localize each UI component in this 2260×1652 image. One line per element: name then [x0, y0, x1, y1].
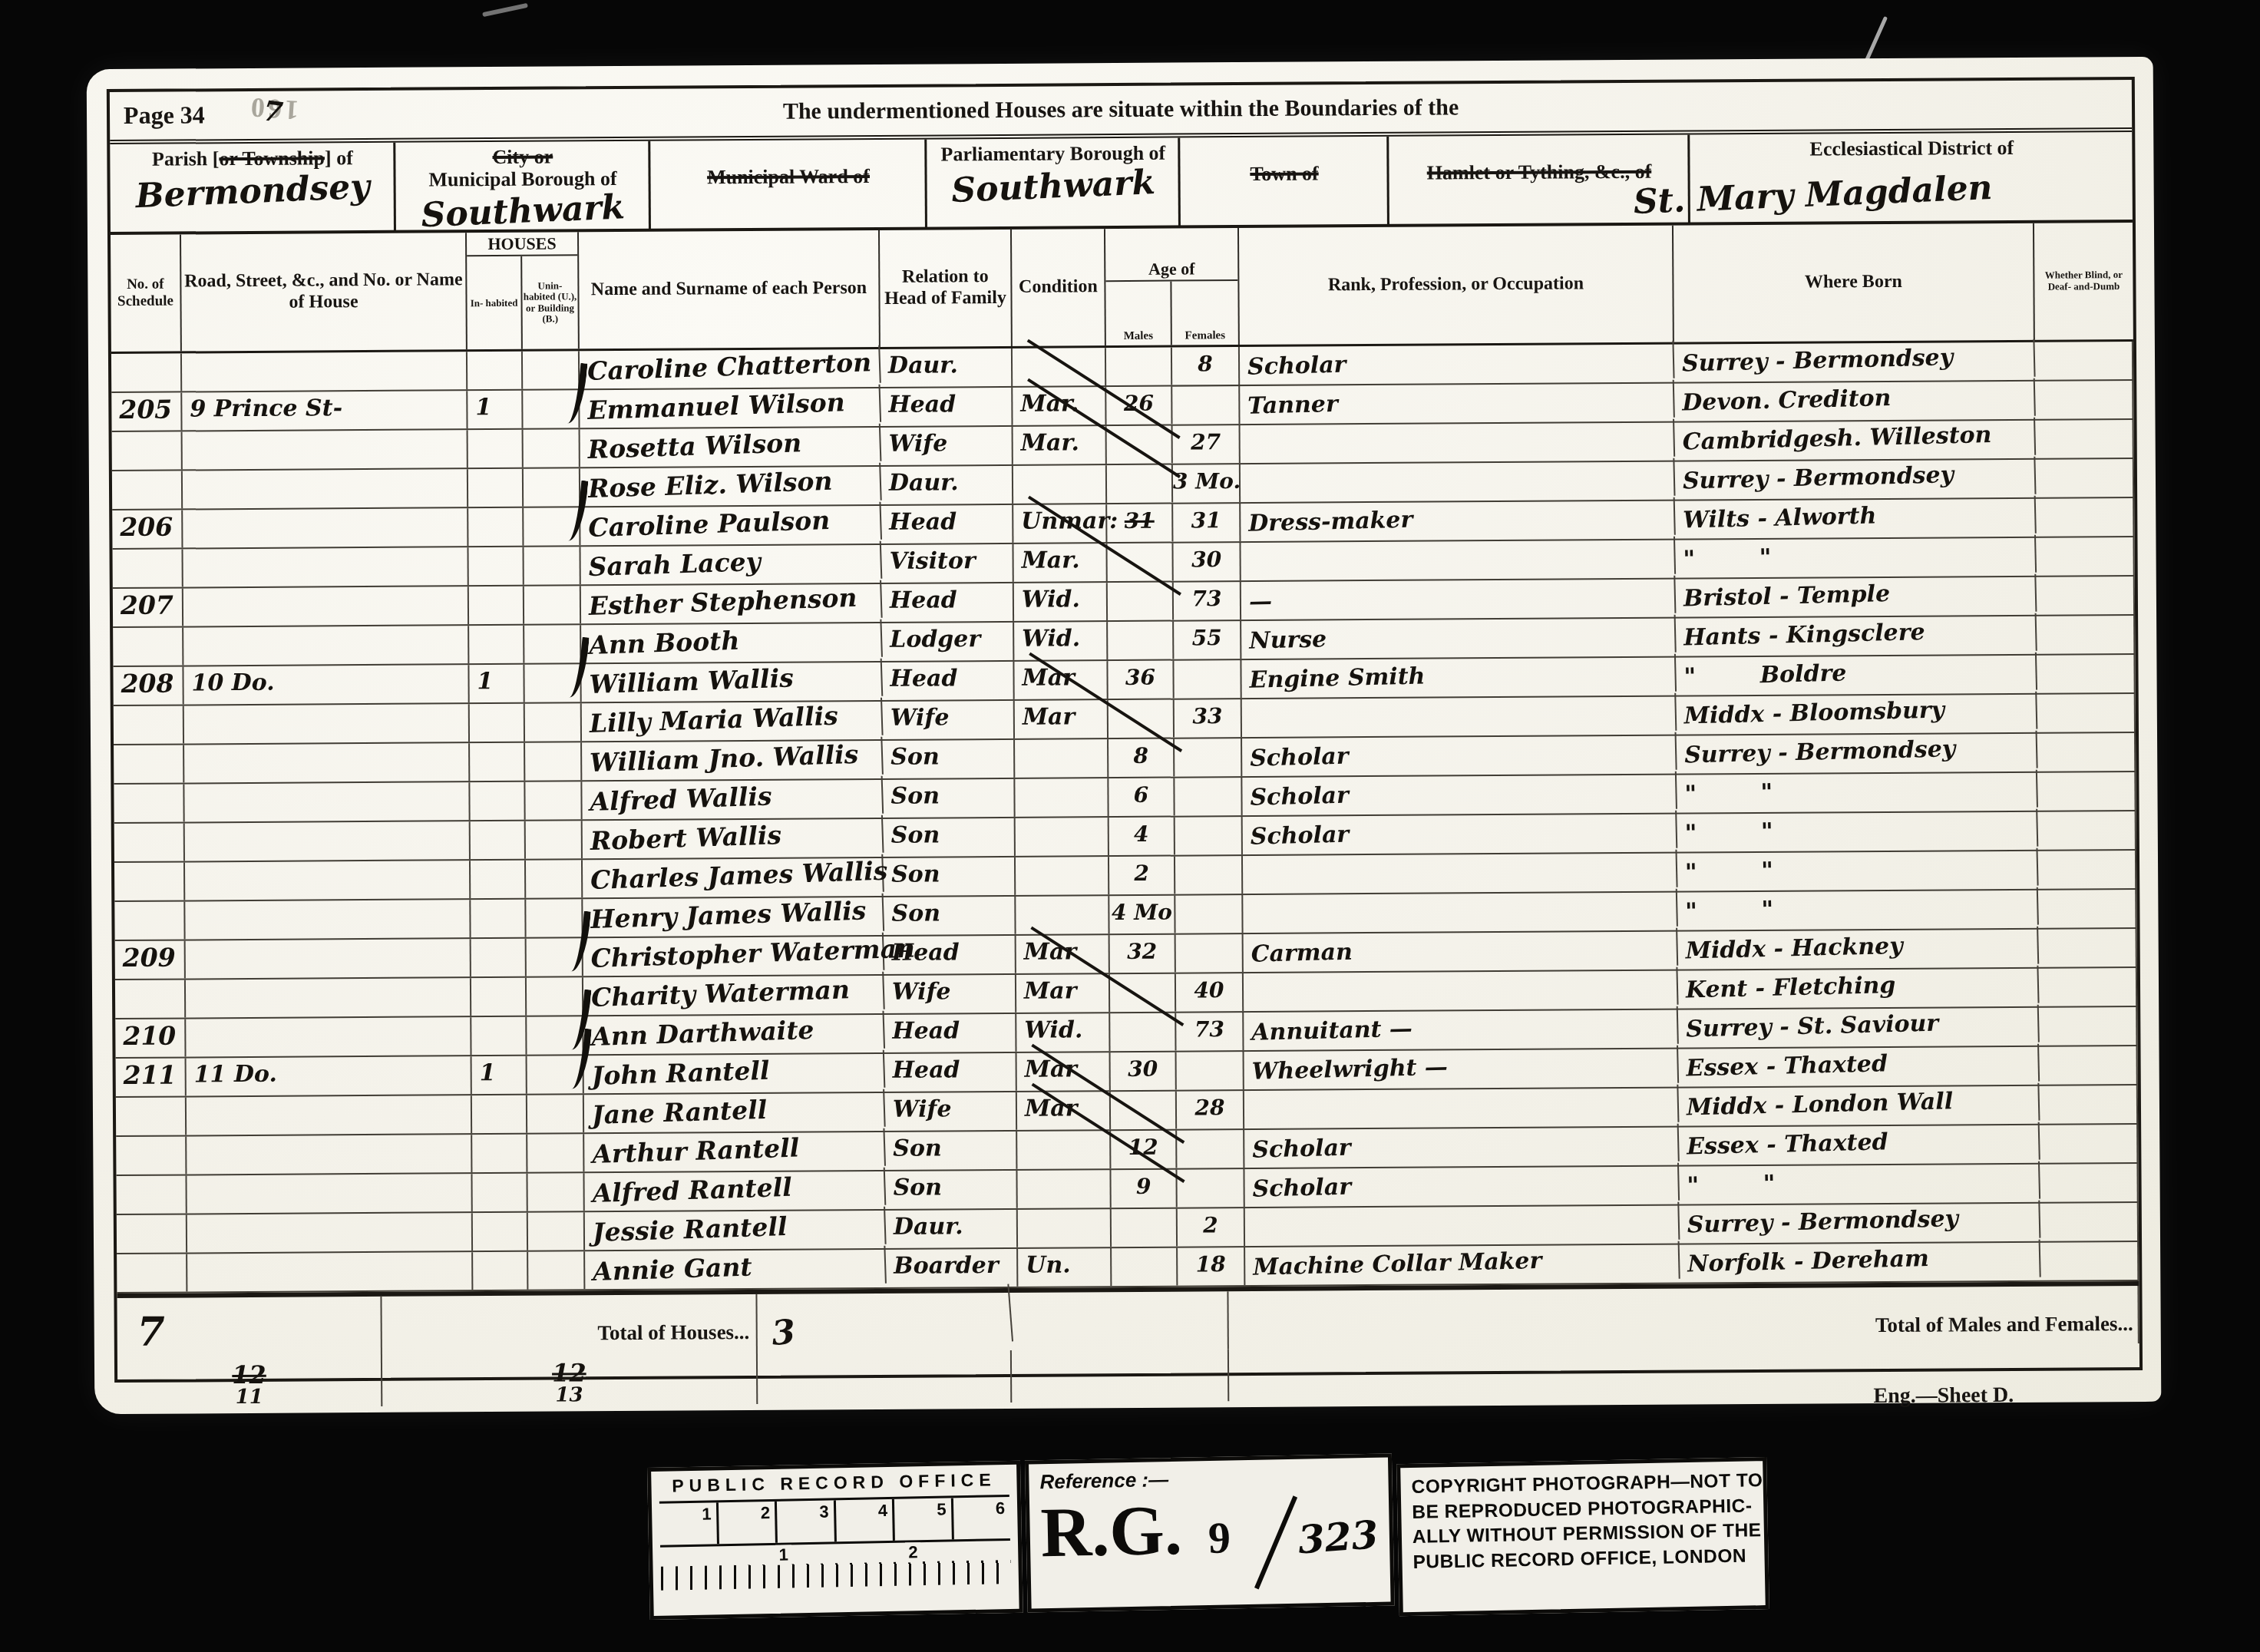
schedule-number [112, 549, 183, 587]
relation-to-head: Wife [883, 701, 1015, 739]
blind-deaf-column [2037, 577, 2135, 615]
total-females-value: 12 13 [382, 1352, 758, 1406]
age-male: 6 [1109, 778, 1175, 817]
col-name: Name and Surname of each Person [579, 230, 881, 349]
houses-inhabited [471, 900, 526, 937]
municipal-ward-label: Municipal Ward of [658, 144, 918, 190]
where-born: Middx - Bloomsbury [1676, 692, 2037, 738]
schedule-number [112, 471, 183, 509]
age-female: 30 [1173, 543, 1241, 581]
age-male [1112, 1209, 1178, 1247]
age-male: 2 [1109, 857, 1175, 895]
header-field-municipal-borough: City or Municipal Borough of Southwark [395, 141, 651, 232]
where-born: " " [1677, 887, 2039, 933]
age-male: 36 [1108, 661, 1174, 699]
condition: Mar. [1013, 426, 1107, 464]
houses-uninhabited [528, 1251, 585, 1289]
road-street [183, 626, 469, 665]
col-road: Road, Street, &c., and No. or Name of Ho… [181, 233, 468, 351]
parliamentary-borough-value: Southwark [934, 162, 1173, 211]
condition [1017, 1131, 1111, 1169]
age-female: 3 Mo. [1173, 464, 1241, 503]
condition [1017, 1170, 1111, 1208]
blind-deaf-column [2036, 498, 2134, 537]
where-born: Essex - Thaxted [1679, 1122, 2040, 1168]
relation-to-head: Wife [885, 1092, 1017, 1131]
road-street [186, 978, 471, 1017]
printed-frame: Page 34 7 The undermentioned Houses are … [107, 77, 2143, 1383]
parliamentary-borough-label: Parliamentary Borough of [934, 143, 1171, 166]
district-header-row: Parish [or Township] of Bermondsey City … [110, 132, 2133, 235]
blind-deaf-column [2040, 1203, 2139, 1241]
page-number: Page 34 [124, 101, 205, 130]
col-blind: Whether Blind, or Deaf- and-Dumb [2034, 223, 2133, 340]
age-female: 2 [1178, 1208, 1245, 1247]
blind-deaf-column [2036, 420, 2134, 458]
blind-deaf-column [2037, 616, 2135, 654]
town-label: Town of [1188, 141, 1380, 186]
houses-uninhabited [524, 429, 580, 467]
houses-inhabited [470, 782, 525, 820]
road-street [187, 1213, 473, 1252]
age-female: 40 [1176, 973, 1244, 1012]
page-title: The undermentioned Houses are situate wi… [783, 94, 1459, 124]
schedule-number: 210 [115, 1019, 186, 1057]
schedule-number: 211 [116, 1058, 187, 1096]
road-street [186, 1017, 471, 1056]
schedule-number [114, 705, 184, 744]
schedule-number: 208 [113, 666, 183, 705]
header-field-town: Town of [1180, 137, 1389, 227]
age-male [1110, 1013, 1176, 1052]
road-street [185, 900, 471, 939]
relation-to-head: Wife [881, 427, 1013, 465]
schedule-number: 209 [115, 940, 186, 979]
inch-number: 2 [905, 1542, 921, 1562]
age-female [1175, 738, 1242, 777]
age-female: 8 [1172, 347, 1240, 385]
condition: Mar [1015, 700, 1109, 738]
blind-deaf-column [2037, 694, 2136, 732]
schedule-number [114, 901, 185, 940]
road-street [187, 1095, 472, 1135]
where-born: Norfolk - Dereham [1680, 1240, 2041, 1286]
blind-deaf-column [2039, 929, 2137, 967]
relation-to-head: Visitor [881, 544, 1013, 583]
relation-to-head: Son [883, 740, 1015, 778]
schedule-number [116, 1136, 187, 1175]
houses-inhabited [471, 861, 526, 898]
col-condition: Condition [1012, 229, 1106, 346]
copyright-box: COPYRIGHT PHOTOGRAPH—NOT TO BE REPRODUCE… [1396, 1457, 1769, 1616]
houses-inhabited [471, 1017, 527, 1055]
ruler-number: 3 [777, 1500, 837, 1542]
schedule-number [114, 862, 185, 900]
header-field-municipal-ward: Municipal Ward of [650, 140, 927, 230]
census-rows: Caroline Chatterton Daur. 8 Scholar Surr… [111, 342, 2139, 1294]
road-street [183, 547, 468, 586]
col-houses-group: HOUSES In- habited Unin- habited (U.), o… [467, 232, 580, 349]
relation-to-head: Son [885, 1132, 1017, 1170]
col-houses: HOUSES [467, 232, 577, 256]
reference-label: Reference :— [1039, 1464, 1378, 1494]
age-male [1110, 974, 1176, 1013]
houses-uninhabited [527, 1173, 584, 1211]
road-street [183, 430, 468, 469]
relation-to-head: Head [882, 662, 1014, 700]
houses-inhabited [468, 352, 523, 389]
col-relation: Relation to Head of Family [880, 230, 1013, 347]
schedule-number: 206 [112, 510, 183, 548]
ruler-inch-scale: 1 2 [660, 1544, 1011, 1591]
houses-inhabited [472, 1135, 527, 1172]
age-male: 12 [1111, 1131, 1177, 1169]
age-female [1176, 934, 1244, 973]
schedule-number [111, 353, 182, 392]
totals-spacer [757, 1350, 1012, 1404]
houses-uninhabited [524, 586, 581, 623]
occupation: Machine Collar Maker [1245, 1241, 1680, 1289]
condition [1015, 739, 1109, 778]
age-female [1172, 386, 1240, 425]
pro-office-label: PUBLIC RECORD OFFICE [659, 1469, 1009, 1497]
houses-inhabited [471, 821, 526, 859]
age-male: 4 [1109, 818, 1175, 856]
blind-deaf-column [2038, 851, 2136, 889]
road-street: 11 Do. [187, 1056, 472, 1095]
houses-inhabited [471, 939, 527, 976]
where-born: Wilts - Alworth [1675, 496, 2037, 542]
houses-inhabited [469, 586, 524, 624]
municipal-borough-value: Southwark [403, 187, 643, 236]
age-female [1175, 817, 1243, 855]
schedule-number [114, 745, 184, 783]
blind-deaf-column [2040, 1242, 2139, 1280]
relation-to-head: Son [885, 1171, 1017, 1209]
houses-inhabited [468, 547, 524, 585]
houses-uninhabited [527, 1134, 584, 1171]
condition: Un. [1018, 1248, 1112, 1287]
age-male [1107, 544, 1173, 582]
rg-series-number: 9 [1208, 1512, 1231, 1564]
age-male [1112, 1248, 1178, 1287]
film-scratch [482, 3, 528, 17]
pro-stamp-strip: PUBLIC RECORD OFFICE 1 2 3 4 5 6 1 2 Ref… [647, 1446, 1773, 1635]
condition [1016, 818, 1109, 856]
houses-uninhabited [526, 860, 583, 897]
age-male [1108, 583, 1174, 621]
condition [1015, 778, 1109, 817]
blind-deaf-column [2035, 381, 2133, 419]
houses-inhabited [472, 1095, 527, 1133]
ecclesiastical-district-label: Ecclesiastical District of [1697, 137, 2126, 161]
age-female [1177, 1052, 1244, 1090]
age-male [1111, 1092, 1177, 1130]
road-street [185, 861, 471, 900]
ruler-number: 1 [659, 1502, 719, 1545]
road-street [187, 1174, 472, 1213]
hamlet-label: Hamlet or Tything, &c., of [1396, 140, 1681, 185]
blind-deaf-column [2038, 890, 2136, 928]
schedule-number [117, 1254, 187, 1292]
age-male [1109, 700, 1175, 738]
relation-to-head: Boarder [886, 1249, 1018, 1287]
where-born: Hants - Kingsclere [1676, 613, 2037, 659]
schedule-number: 207 [113, 588, 183, 626]
houses-uninhabited [525, 781, 582, 819]
blind-deaf-column [2040, 1046, 2138, 1085]
where-born: Cambridgesh. Willeston [1674, 418, 2036, 464]
schedule-number [116, 1097, 187, 1135]
age-male: 4 Mo [1109, 896, 1175, 934]
road-street [186, 939, 471, 978]
schedule-number [117, 1214, 187, 1253]
houses-inhabited [473, 1213, 528, 1251]
ruler-number: 6 [953, 1497, 1010, 1539]
condition: Mar. [1013, 544, 1107, 582]
col-rank: Rank, Profession, or Occupation [1239, 226, 1674, 345]
road-street [187, 1252, 473, 1291]
age-female: 28 [1177, 1091, 1244, 1129]
houses-inhabited [470, 704, 525, 742]
relation-to-head: Son [884, 897, 1016, 935]
condition: Wid. [1014, 583, 1108, 621]
age-female: 33 [1175, 699, 1242, 738]
ruler-number: 5 [894, 1498, 954, 1540]
reference-slash [1254, 1495, 1297, 1589]
age-female: 31 [1173, 504, 1241, 542]
where-born: " " [1677, 848, 2039, 894]
age-male: 26 [1106, 387, 1172, 425]
rg-piece-number: 323 [1297, 1512, 1379, 1562]
houses-inhabited [469, 626, 524, 663]
relation-to-head: Son [883, 779, 1015, 818]
age-female [1175, 856, 1243, 894]
houses-inhabited [473, 1252, 528, 1290]
col-males: Males [1105, 282, 1172, 345]
where-born: Surrey - Bermondsey [1674, 457, 2036, 503]
houses-inhabited [468, 469, 524, 507]
road-street [183, 586, 469, 626]
totals-row: 7 Total of Houses... 3 Total of Males an… [117, 1281, 2139, 1379]
road-street [184, 782, 470, 821]
blind-deaf-column [2037, 655, 2135, 693]
totals-spacer [1011, 1291, 1228, 1350]
age-female: 18 [1178, 1247, 1245, 1286]
relation-to-head: Head [882, 583, 1014, 622]
where-born: " Boldre [1676, 653, 2037, 699]
col-born: Where Born [1674, 223, 2035, 342]
blind-deaf-column [2036, 459, 2134, 497]
person-name: Annie Gant [585, 1246, 887, 1294]
blind-deaf-column [2036, 537, 2134, 576]
blind-deaf-column [2037, 733, 2136, 771]
where-born: Essex - Thaxted [1678, 1044, 2040, 1090]
municipal-borough-label: City or Municipal Borough of [403, 146, 642, 191]
houses-uninhabited [527, 1095, 584, 1132]
relation-to-head: Head [881, 505, 1013, 544]
where-born: Surrey - Bermondsey [1674, 339, 2036, 385]
col-age-group: Age of Males Females [1105, 228, 1240, 345]
age-male [1107, 465, 1173, 504]
age-female [1175, 895, 1243, 933]
blind-deaf-column [2038, 811, 2136, 850]
where-born: Kent - Fletching [1678, 966, 2040, 1012]
road-street [185, 821, 471, 861]
total-males-females-label: Total of Males and Females... [1228, 1286, 2139, 1349]
ruler-cm-scale: 1 2 3 4 5 6 [659, 1495, 1010, 1548]
schedule-number: 205 [111, 392, 182, 431]
where-born: Middx - London Wall [1678, 1083, 2040, 1129]
age-male: 8 [1109, 739, 1175, 778]
age-male: 32 [1110, 935, 1176, 973]
age-male: 9 [1111, 1170, 1177, 1208]
age-female [1174, 660, 1241, 699]
relation-to-head: Son [884, 857, 1016, 896]
houses-inhabited [470, 743, 525, 781]
houses-inhabited: 1 [469, 665, 524, 702]
age-female [1177, 1130, 1244, 1168]
where-born: Middx - Hackney [1677, 927, 2039, 973]
col-schedule: No. of Schedule [111, 234, 182, 352]
blind-deaf-column [2035, 342, 2133, 380]
age-female [1177, 1169, 1244, 1208]
totals-spacer [1229, 1347, 1445, 1401]
age-female: 73 [1174, 582, 1241, 620]
age-female: 27 [1173, 425, 1241, 464]
schedule-number [115, 980, 186, 1018]
where-born: " " [1679, 1161, 2040, 1208]
parish-value: Bermondsey [117, 166, 388, 216]
road-street [183, 469, 468, 508]
column-header-row: No. of Schedule Road, Street, &c., and N… [111, 223, 2133, 354]
relation-to-head: Head [885, 1053, 1017, 1092]
header-field-parliamentary-borough: Parliamentary Borough of Southwark [927, 138, 1181, 229]
rg-series-label: R.G. [1040, 1495, 1183, 1568]
age-female [1175, 778, 1242, 816]
age-female: 55 [1174, 621, 1241, 659]
header-field-parish: Parish [or Township] of Bermondsey [110, 143, 396, 233]
condition [1016, 857, 1109, 895]
totals-spacer [1012, 1349, 1229, 1403]
houses-uninhabited [526, 821, 583, 858]
where-born: " " [1677, 809, 2038, 855]
total-males-value: 12 11 [117, 1354, 382, 1408]
where-born: " " [1677, 770, 2038, 816]
relation-to-head: Son [884, 818, 1016, 857]
blind-deaf-column [2040, 1164, 2138, 1202]
age-female: 73 [1176, 1013, 1244, 1051]
relation-to-head: Lodger [882, 623, 1014, 661]
blind-deaf-column [2039, 1007, 2137, 1046]
blind-deaf-column [2039, 968, 2137, 1006]
blind-deaf-column [2040, 1125, 2138, 1163]
blind-deaf-column [2040, 1085, 2138, 1124]
condition: Mar [1016, 974, 1110, 1013]
col-females: Females [1171, 281, 1238, 345]
houses-uninhabited [525, 703, 582, 741]
relation-to-head: Daur. [881, 349, 1013, 387]
road-street [183, 508, 468, 547]
totals-schedule-count: 7 [117, 1297, 382, 1356]
road-street: 9 Prince St- [182, 391, 468, 430]
road-street [187, 1135, 472, 1174]
age-male [1107, 426, 1173, 464]
ruler-number: 4 [835, 1499, 895, 1541]
road-street [182, 352, 468, 391]
where-born: Surrey - St. Saviour [1678, 1005, 2040, 1051]
road-street: 10 Do. [183, 665, 469, 704]
schedule-number [114, 784, 184, 822]
where-born: " " [1675, 535, 2037, 581]
schedule-number [114, 823, 185, 861]
age-male [1108, 622, 1174, 660]
page-annotation: 7 [261, 94, 284, 129]
houses-inhabited [471, 978, 527, 1016]
relation-to-head: Head [881, 388, 1013, 426]
col-uninhabited: Unin- habited (U.), or Building (B.) [522, 256, 578, 349]
header-field-ecclesiastical-district: Ecclesiastical District of St. Mary Magd… [1690, 132, 2133, 224]
houses-inhabited [468, 508, 524, 546]
age-male [1106, 348, 1172, 386]
where-born: Devon. Crediton [1674, 378, 2036, 425]
houses-uninhabited [525, 742, 582, 780]
houses-inhabited: 1 [472, 1056, 527, 1094]
schedule-number [113, 627, 183, 666]
houses-inhabited [472, 1174, 527, 1211]
where-born: Surrey - Bermondsey [1679, 1201, 2040, 1247]
houses-inhabited [468, 430, 524, 468]
total-houses-label: Total of Houses... [382, 1294, 757, 1354]
total-houses-value: 3 [755, 1284, 1013, 1360]
ruler-number: 2 [718, 1502, 778, 1544]
houses-inhabited: 1 [468, 391, 523, 428]
reference-box: Reference :— R.G. 9 323 [1025, 1453, 1395, 1612]
col-inhabited: In- habited [467, 256, 523, 349]
relation-to-head: Wife [884, 975, 1016, 1013]
road-street [184, 743, 470, 782]
age-male: 30 [1111, 1052, 1177, 1091]
condition [1018, 1209, 1112, 1247]
col-age: Age of [1105, 228, 1237, 280]
houses-uninhabited [528, 1212, 585, 1250]
relation-to-head: Daur. [881, 466, 1013, 504]
relation-to-head: Head [884, 1014, 1016, 1052]
relation-to-head: Daur. [886, 1210, 1018, 1248]
pro-ruler-box: PUBLIC RECORD OFFICE 1 2 3 4 5 6 1 2 [647, 1461, 1023, 1620]
inch-number: 1 [775, 1545, 791, 1564]
road-street [184, 704, 470, 743]
schedule-number [116, 1175, 187, 1214]
schedule-number [112, 431, 183, 470]
blind-deaf-column [2037, 772, 2136, 811]
houses-uninhabited [524, 547, 580, 584]
where-born: Surrey - Bermondsey [1677, 731, 2038, 777]
where-born: Bristol - Temple [1675, 574, 2037, 620]
age-male: 31 [1107, 504, 1173, 543]
census-sheet: 160 Page 34 7 The undermentioned Houses … [87, 57, 2162, 1414]
